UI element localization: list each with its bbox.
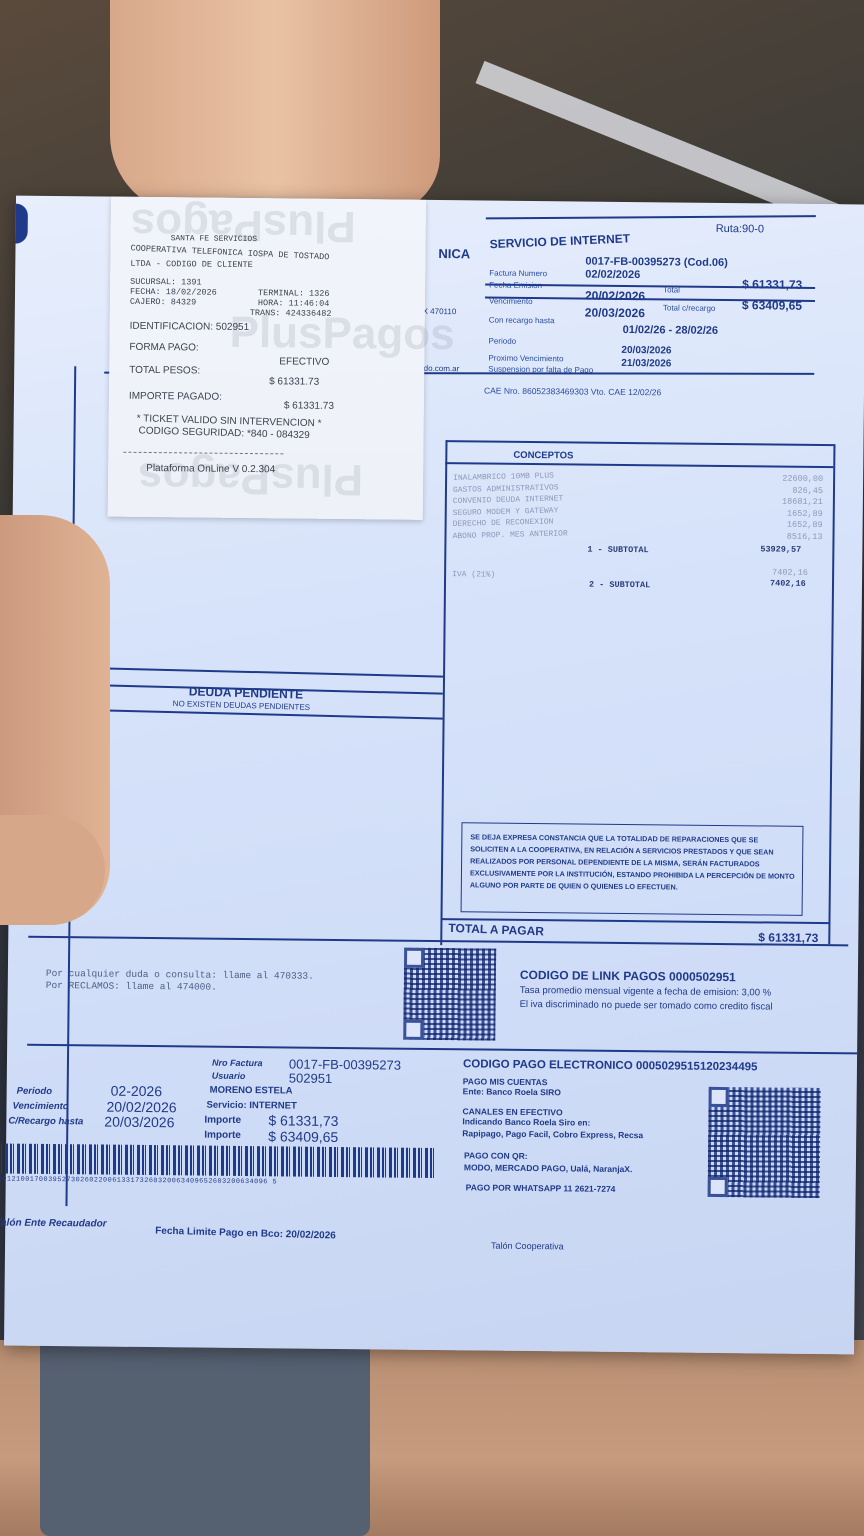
concept-label: SEGURO MODEM Y GATEWAY — [453, 506, 559, 518]
surcharge-date: 20/03/2026 — [585, 306, 645, 321]
debt-top-rule — [71, 667, 443, 678]
total-surcharge-amount: $ 63409,65 — [742, 298, 802, 313]
payment-qr-code — [403, 948, 496, 1041]
stub-separator — [27, 1044, 857, 1054]
stub-amount-surcharge: $ 63409,65 — [268, 1128, 338, 1145]
qr-payment-apps: MODO, MERCADO PAGO, Ualá, NaranjaX. — [464, 1162, 633, 1174]
concept-label: INALAMBRICO 10MB PLUS — [453, 471, 554, 482]
concept-amount: 826,45 — [743, 485, 823, 496]
receipt-platform: Plataforma OnLine V 0.2.304 — [146, 463, 275, 475]
receipt-total-pesos-value: $ 61331.73 — [269, 376, 319, 388]
stub-due-label: Vencimiento — [12, 1101, 68, 1113]
stub-service: Servicio: INTERNET — [206, 1100, 296, 1112]
period: 01/02/26 - 28/02/26 — [623, 324, 719, 337]
receipt-importe-pagado-label: IMPORTE PAGADO: — [129, 391, 222, 403]
talon-cooperativa-label: Talón Cooperativa — [491, 1241, 564, 1252]
next-due-label: Proximo Vencimiento — [488, 354, 563, 364]
stub-amount-surcharge-label: Importe — [204, 1130, 241, 1141]
total-label: Total — [663, 285, 680, 294]
period-label: Periodo — [489, 337, 517, 346]
concept-label: DERECHO DE RECONEXION — [453, 517, 554, 528]
pago-mis-cuentas-ente: Ente: Banco Roela SIRO — [463, 1086, 561, 1097]
receipt-identificacion: IDENTIFICACION: 502951 — [130, 321, 250, 333]
subtotal-2-label: 2 - SUBTOTAL — [589, 580, 650, 591]
concept-label: GASTOS ADMINISTRATIVOS — [453, 483, 559, 495]
concepts-top-rule — [445, 440, 833, 446]
stub-period: 02-2026 — [111, 1083, 163, 1100]
invoice-paper: PlusPagos PlusPagos PlusPagos SANTA FE S… — [4, 196, 864, 1355]
receipt-agency: SANTA FE SERVICIOS — [171, 234, 258, 244]
total-surcharge-label: Total c/recargo — [663, 303, 716, 313]
receipt-trans: TRANS: 424336482 — [250, 308, 332, 319]
stub-period-label: Periodo — [17, 1086, 52, 1097]
concept-amount: 1652,89 — [743, 508, 823, 519]
total-bottom-rule — [28, 936, 848, 946]
whatsapp-payment: PAGO POR WHATSAPP 11 2621-7274 — [466, 1182, 616, 1194]
surcharge-date-label: Con recargo hasta — [489, 316, 555, 326]
concepts-header-rule — [445, 462, 833, 468]
talon-ente-label: Talón Ente Recaudador — [0, 1217, 107, 1229]
watermark-logo: PlusPagos — [138, 452, 363, 504]
subtotal-1-label: 1 - SUBTOTAL — [587, 545, 648, 556]
receipt-forma-pago-value: EFECTIVO — [279, 356, 329, 368]
suspension-date: 21/03/2026 — [621, 358, 671, 370]
stub-amount: $ 61331,73 — [268, 1112, 338, 1129]
stub-surcharge-label: C/Recargo hasta — [8, 1116, 83, 1128]
concept-amount: 22600,00 — [743, 473, 823, 484]
repairs-notice-box: SE DEJA EXPRESA CONSTANCIA QUE LA TOTALI… — [461, 822, 804, 916]
route-label: Ruta:90-0 — [716, 223, 764, 236]
stub-user-id: 502951 — [289, 1070, 333, 1085]
service-title: SERVICIO DE INTERNET — [489, 231, 630, 251]
total-to-pay-label: TOTAL A PAGAR — [448, 921, 544, 938]
company-logo-icon — [16, 204, 28, 244]
concept-amount: 1652,89 — [743, 519, 823, 530]
interest-rate-note: Tasa promedio mensual vigente a fecha de… — [520, 985, 771, 999]
invoice-number-label: Factura Numero — [489, 269, 547, 279]
invoice-number: 0017-FB-00395273 (Cod.06) — [585, 256, 728, 269]
subtotal-2-value: 7402,16 — [770, 578, 806, 588]
payment-receipt-ticket: PlusPagos PlusPagos PlusPagos SANTA FE S… — [108, 197, 426, 520]
concept-label: ABONO PROP. MES ANTERIOR — [452, 529, 567, 541]
total-amount: $ 61331,73 — [742, 277, 802, 292]
receipt-total-pesos-label: TOTAL PESOS: — [129, 365, 200, 377]
stub-invoice-label: Nro Factura — [212, 1058, 263, 1069]
stub-qr-code — [708, 1087, 821, 1198]
company-name-fragment: NICA — [438, 246, 470, 261]
issue-date: 02/02/2026 — [585, 269, 640, 282]
next-due-date: 20/03/2026 — [621, 345, 671, 357]
cash-channels-line-2: Rapipago, Pago Facil, Cobro Express, Rec… — [462, 1128, 643, 1140]
receipt-forma-pago-label: FORMA PAGO: — [129, 342, 198, 354]
subtotal-1-value: 53929,57 — [760, 544, 801, 554]
header-top-rule — [486, 215, 816, 219]
qr-payment-title: PAGO CON QR: — [464, 1150, 528, 1161]
cae-number: CAE Nro. 86052383469303 Vto. CAE 12/02/2… — [484, 385, 661, 397]
concept-label: CONVENIO DEUDA INTERNET — [453, 494, 564, 506]
receipt-company-2: LTDA - CODIGO DE CLIENTE — [130, 259, 253, 270]
electronic-payment-code: CODIGO PAGO ELECTRONICO 0005029515120234… — [463, 1058, 758, 1073]
iva-label: IVA (21%) — [452, 570, 495, 579]
hand-thumb — [0, 815, 105, 925]
receipt-cajero: CAJERO: 84329 — [130, 297, 196, 308]
receipt-importe-pagado-value: $ 61331.73 — [284, 400, 334, 412]
iva-credit-note: El iva discriminado no puede ser tomado … — [520, 999, 773, 1013]
barcode-digits: 0012100170039527302602200613317326032006… — [0, 1175, 277, 1186]
link-pagos-code: CODIGO DE LINK PAGOS 0000502951 — [520, 968, 736, 984]
stub-amount-label: Importe — [204, 1115, 241, 1126]
stub-user-label: Usuario — [212, 1071, 246, 1081]
repairs-notice-text: SE DEJA EXPRESA CONSTANCIA QUE LA TOTALI… — [470, 831, 797, 894]
frame-right — [828, 444, 835, 944]
due-date: 20/02/2026 — [585, 289, 645, 304]
payment-barcode — [0, 1143, 436, 1178]
cash-channels-line-1: Indicando Banco Roela Siro en: — [462, 1116, 590, 1127]
stub-customer-name: MORENO ESTELA — [210, 1085, 293, 1097]
bank-deadline: Fecha Limite Pago en Bco: 20/02/2026 — [155, 1226, 336, 1242]
background-arm — [110, 0, 440, 215]
concept-amount: 18681,21 — [743, 496, 823, 507]
contact-line-2: Por RECLAMOS: llame al 474000. — [46, 980, 217, 993]
iva-value: 7402,16 — [772, 568, 808, 578]
stub-surcharge-date: 20/03/2026 — [104, 1114, 174, 1131]
background-cloth — [40, 1330, 370, 1536]
concept-amount: 8516,13 — [742, 531, 822, 542]
concepts-title: CONCEPTOS — [513, 450, 573, 462]
